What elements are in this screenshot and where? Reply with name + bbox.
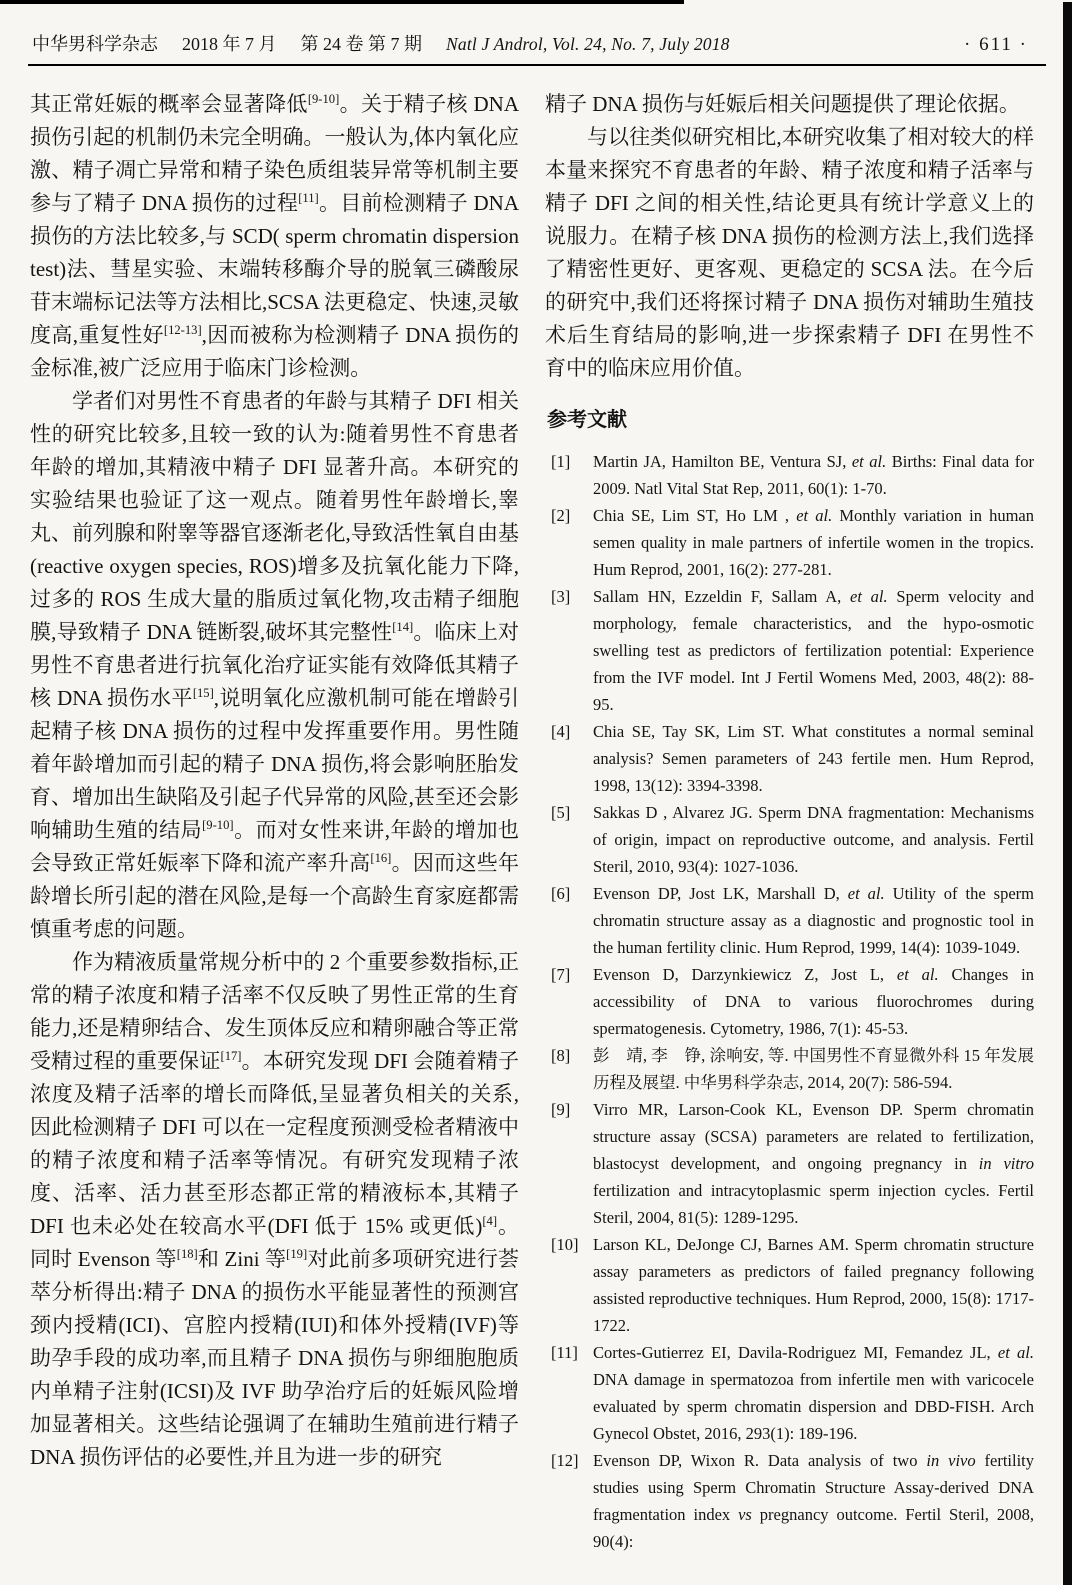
page-number: · 611 ·	[964, 34, 1028, 56]
reference-text: Martin JA, Hamilton BE, Ventura SJ, et a…	[593, 448, 1034, 502]
reference-text: Evenson D, Darzynkiewicz Z, Jost L, et a…	[593, 961, 1034, 1042]
reference-item: [11]Cortes-Gutierrez EI, Davila-Rodrigue…	[545, 1339, 1034, 1447]
body-paragraph: 与以往类似研究相比,本研究收集了相对较大的样本量来探究不育患者的年龄、精子浓度和…	[545, 121, 1034, 385]
body-paragraph: 学者们对男性不育患者的年龄与其精子 DFI 相关性的研究比较多,且较一致的认为:…	[30, 385, 519, 946]
body-paragraph: 其正常妊娠的概率会显著降低[9-10]。关于精子核 DNA 损伤引起的机制仍未完…	[30, 88, 519, 385]
reference-item: [2]Chia SE, Lim ST, Ho LM , et al. Month…	[545, 502, 1034, 583]
reference-label: [7]	[545, 961, 593, 1042]
reference-item: [7]Evenson D, Darzynkiewicz Z, Jost L, e…	[545, 961, 1034, 1042]
journal-page: 中华男科学杂志 2018 年 7 月 第 24 卷 第 7 期 Natl J A…	[0, 0, 1072, 1585]
reference-label: [3]	[545, 583, 593, 718]
reference-label: [1]	[545, 448, 593, 502]
reference-item: [4]Chia SE, Tay SK, Lim ST. What constit…	[545, 718, 1034, 799]
reference-label: [11]	[545, 1339, 593, 1447]
reference-text: 彭 靖, 李 铮, 涂响安, 等. 中国男性不育显微外科 15 年发展历程及展望…	[593, 1042, 1034, 1096]
reference-text: Larson KL, DeJonge CJ, Barnes AM. Sperm …	[593, 1231, 1034, 1339]
journal-title-cn: 中华男科学杂志	[32, 30, 158, 56]
reference-label: [2]	[545, 502, 593, 583]
reference-item: [5]Sakkas D , Alvarez JG. Sperm DNA frag…	[545, 799, 1034, 880]
reference-item: [10]Larson KL, DeJonge CJ, Barnes AM. Sp…	[545, 1231, 1034, 1339]
reference-label: [8]	[545, 1042, 593, 1096]
right-column-paragraphs: 精子 DNA 损伤与妊娠后相关问题提供了理论依据。与以往类似研究相比,本研究收集…	[545, 88, 1034, 385]
reference-text: Evenson DP, Wixon R. Data analysis of tw…	[593, 1447, 1034, 1555]
reference-label: [12]	[545, 1447, 593, 1555]
reference-item: [3]Sallam HN, Ezzeldin F, Sallam A, et a…	[545, 583, 1034, 718]
left-column: 其正常妊娠的概率会显著降低[9-10]。关于精子核 DNA 损伤引起的机制仍未完…	[30, 88, 519, 1555]
reference-item: [9]Virro MR, Larson-Cook KL, Evenson DP.…	[545, 1096, 1034, 1231]
reference-text: Chia SE, Tay SK, Lim ST. What constitute…	[593, 718, 1034, 799]
page-body: 其正常妊娠的概率会显著降低[9-10]。关于精子核 DNA 损伤引起的机制仍未完…	[30, 88, 1034, 1555]
reference-text: Cortes-Gutierrez EI, Davila-Rodriguez MI…	[593, 1339, 1034, 1447]
reference-text: Chia SE, Lim ST, Ho LM , et al. Monthly …	[593, 502, 1034, 583]
reference-text: Sakkas D , Alvarez JG. Sperm DNA fragmen…	[593, 799, 1034, 880]
reference-item: [6]Evenson DP, Jost LK, Marshall D, et a…	[545, 880, 1034, 961]
header-rule	[28, 64, 1046, 66]
reference-label: [5]	[545, 799, 593, 880]
right-column: 精子 DNA 损伤与妊娠后相关问题提供了理论依据。与以往类似研究相比,本研究收集…	[545, 88, 1034, 1555]
references-list: [1]Martin JA, Hamilton BE, Ventura SJ, e…	[545, 448, 1034, 1555]
body-paragraph: 精子 DNA 损伤与妊娠后相关问题提供了理论依据。	[545, 88, 1034, 121]
reference-text: Virro MR, Larson-Cook KL, Evenson DP. Sp…	[593, 1096, 1034, 1231]
issue-date-cn: 2018 年 7 月	[182, 30, 277, 56]
reference-label: [4]	[545, 718, 593, 799]
volume-issue-cn: 第 24 卷 第 7 期	[301, 30, 423, 56]
body-paragraph: 作为精液质量常规分析中的 2 个重要参数指标,正常的精子浓度和精子活率不仅反映了…	[30, 946, 519, 1474]
reference-item: [8]彭 靖, 李 铮, 涂响安, 等. 中国男性不育显微外科 15 年发展历程…	[545, 1042, 1034, 1096]
reference-label: [9]	[545, 1096, 593, 1231]
references-heading: 参考文献	[547, 403, 1034, 432]
reference-text: Evenson DP, Jost LK, Marshall D, et al. …	[593, 880, 1034, 961]
reference-label: [6]	[545, 880, 593, 961]
reference-item: [1]Martin JA, Hamilton BE, Ventura SJ, e…	[545, 448, 1034, 502]
scan-artifact-right-edge	[1063, 2, 1072, 1585]
reference-text: Sallam HN, Ezzeldin F, Sallam A, et al. …	[593, 583, 1034, 718]
page-header: 中华男科学杂志 2018 年 7 月 第 24 卷 第 7 期 Natl J A…	[32, 30, 1034, 56]
scan-artifact-top	[0, 0, 684, 4]
reference-label: [10]	[545, 1231, 593, 1339]
journal-title-en: Natl J Androl, Vol. 24, No. 7, July 2018	[446, 34, 730, 55]
reference-item: [12]Evenson DP, Wixon R. Data analysis o…	[545, 1447, 1034, 1555]
